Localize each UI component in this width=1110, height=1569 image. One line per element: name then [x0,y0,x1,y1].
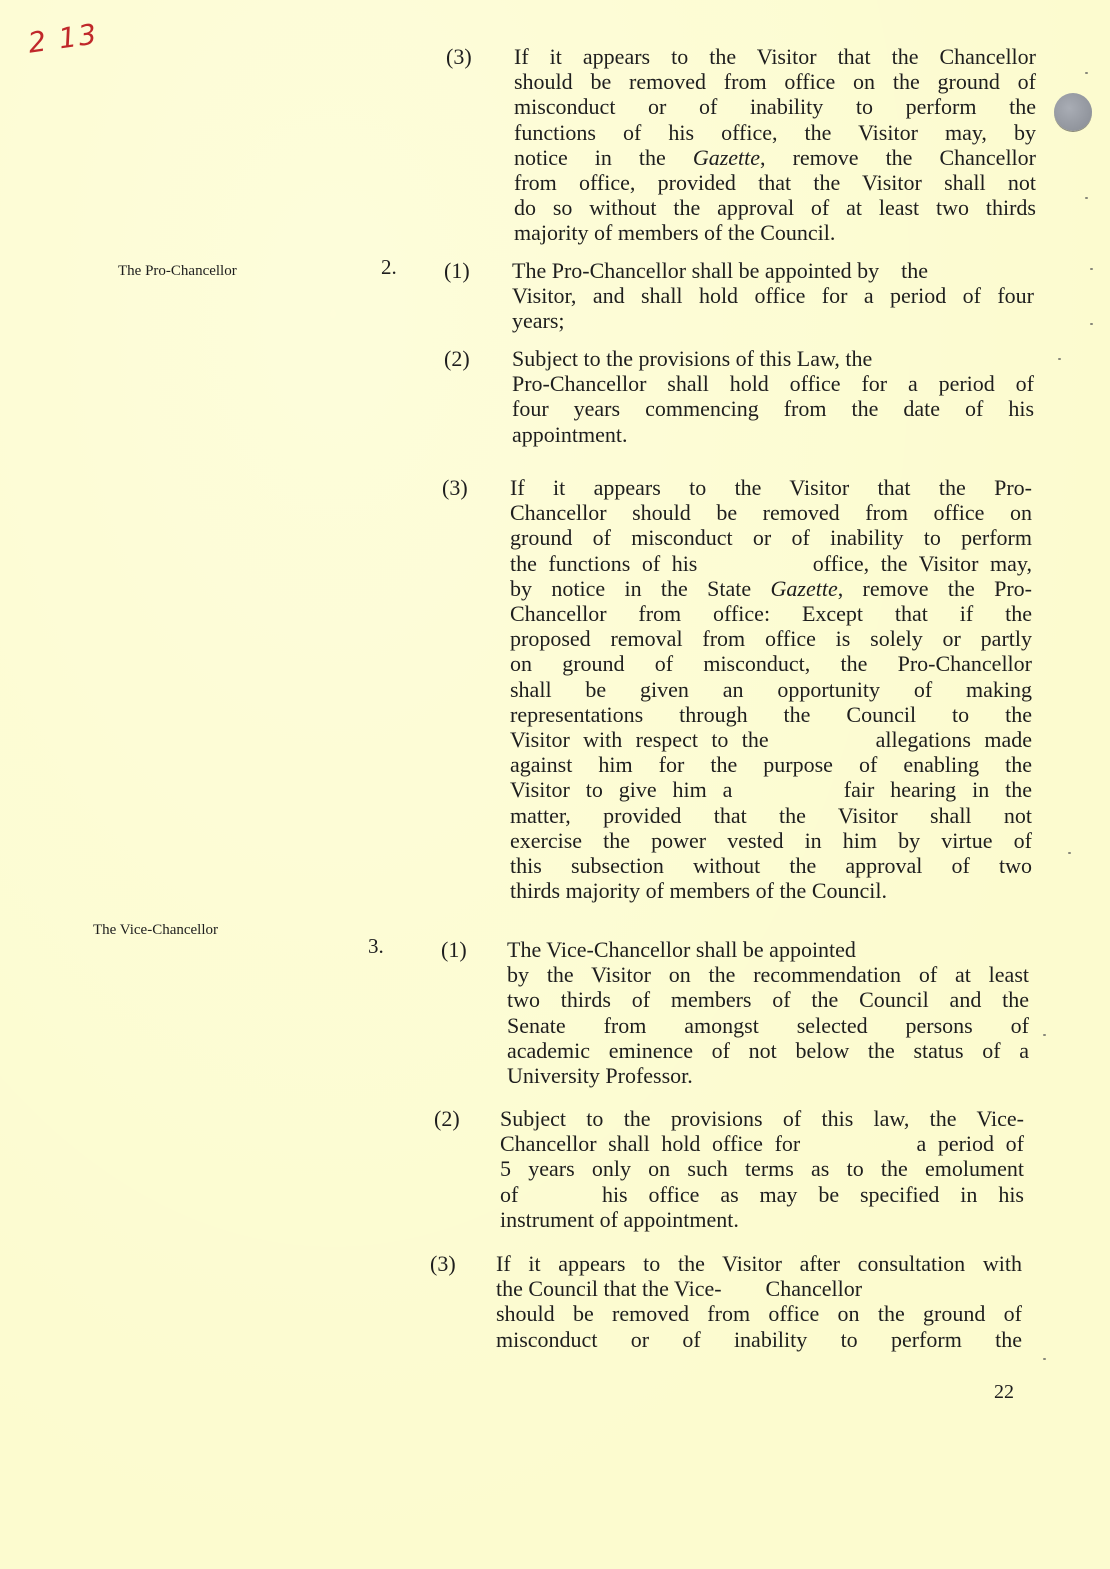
text-line: shall be given an opportunity of making [510,677,1032,702]
text-line: do so without the approval of at least t… [514,195,1036,220]
subsection-text: The Pro-Chancellor shall be appointed by… [512,258,1034,334]
punch-hole [1054,93,1092,131]
text-line: If it appears to the Visitor that the Ch… [514,44,1036,69]
page-number: 22 [994,1381,1014,1404]
text-line: exercise the power vested in him by virt… [510,828,1032,853]
subsection-text: The Vice-Chancellor shall be appointed b… [507,937,1029,1088]
subsection-text: Subject to the provisions of this Law, t… [512,346,1034,447]
text-line: two thirds of members of the Council and… [507,987,1029,1012]
section-number-3: 3. [368,934,384,959]
subsection-number: (3) [442,475,502,500]
text-line: representations through the Council to t… [510,702,1032,727]
text-line: If it appears to the Visitor that the Pr… [510,475,1032,500]
subsection-number: (1) [441,937,501,962]
text-line: Visitor, and shall hold office for a per… [512,283,1034,308]
text-line: Subject to the provisions of this law, t… [500,1106,1024,1131]
text-line: The Pro-Chancellor shall be appointed by… [512,258,1034,283]
text-line: misconduct or of inability to perform th… [514,94,1036,119]
text-line: the Council that the Vice- Chancellor [496,1276,1022,1301]
text-line: 5 years only on such terms as to the emo… [500,1156,1024,1181]
text-line: instrument of appointment. [500,1207,1024,1232]
scan-speck [1090,323,1093,325]
text-line: The Vice-Chancellor shall be appointed [507,937,1029,962]
text-line: notice in the Gazette, remove the Chance… [514,145,1036,170]
subsection-number: (2) [444,346,504,371]
text-line: ground of misconduct or of inability to … [510,525,1032,550]
section-number-2: 2. [381,255,397,280]
scan-speck [1085,72,1088,74]
text-line: on ground of misconduct, the Pro-Chancel… [510,651,1032,676]
subsection-number: (3) [446,44,506,69]
text-line: matter, provided that the Visitor shall … [510,803,1032,828]
text-line: Subject to the provisions of this Law, t… [512,346,1034,371]
text-line: proposed removal from office is solely o… [510,626,1032,651]
text-line: this subsection without the approval of … [510,853,1032,878]
text-line: functions of his office, the Visitor may… [514,120,1036,145]
margin-note-vice-chancellor: The Vice-Chancellor [93,922,218,939]
scan-speck [1068,852,1071,854]
subsection-number: (1) [444,258,504,283]
subsection-text: Subject to the provisions of this law, t… [500,1106,1024,1232]
text-line: Visitor with respect to the allegations … [510,727,1032,752]
text-line: should be removed from office on the gro… [496,1301,1022,1326]
text-line: University Professor. [507,1063,1029,1088]
text-line: majority of members of the Council. [514,220,1036,245]
text-line: If it appears to the Visitor after consu… [496,1251,1022,1276]
text-line: Chancellor from office: Except that if t… [510,601,1032,626]
text-line: by the Visitor on the recommendation of … [507,962,1029,987]
margin-note-pro-chancellor: The Pro-Chancellor [118,263,237,280]
text-line: Chancellor shall hold office for a perio… [500,1131,1024,1156]
text-line: thirds majority of members of the Counci… [510,878,1032,903]
text-line: years; [512,308,1034,333]
scan-speck [1043,1358,1046,1360]
scan-speck [1043,1034,1046,1036]
subsection-text: If it appears to the Visitor after consu… [496,1251,1022,1352]
text-line: Pro-Chancellor shall hold office for a p… [512,371,1034,396]
text-line: Chancellor should be removed from office… [510,500,1032,525]
handwritten-page-annotation: 2 13 [26,17,100,59]
text-line: from office, provided that the Visitor s… [514,170,1036,195]
scan-speck [1090,268,1093,270]
text-line: four years commencing from the date of h… [512,396,1034,421]
text-line: misconduct or of inability to perform th… [496,1327,1022,1352]
subsection-text: If it appears to the Visitor that the Ch… [514,44,1036,246]
text-line: the functions of his office, the Visitor… [510,551,1032,576]
text-line: Senate from amongst selected persons of [507,1013,1029,1038]
text-line: Visitor to give him a fair hearing in th… [510,777,1032,802]
subsection-number: (2) [434,1106,494,1131]
subsection-number: (3) [430,1251,490,1276]
text-line: by notice in the State Gazette, remove t… [510,576,1032,601]
document-page: 2 13 (3) If it appears to the Visitor th… [0,0,1110,1569]
text-line: against him for the purpose of enabling … [510,752,1032,777]
subsection-text: If it appears to the Visitor that the Pr… [510,475,1032,903]
text-line: should be removed from office on the gro… [514,69,1036,94]
text-line: appointment. [512,422,1034,447]
scan-speck [1085,197,1088,199]
text-line: of his office as may be specified in his [500,1182,1024,1207]
text-line: academic eminence of not below the statu… [507,1038,1029,1063]
scan-speck [1058,358,1061,360]
